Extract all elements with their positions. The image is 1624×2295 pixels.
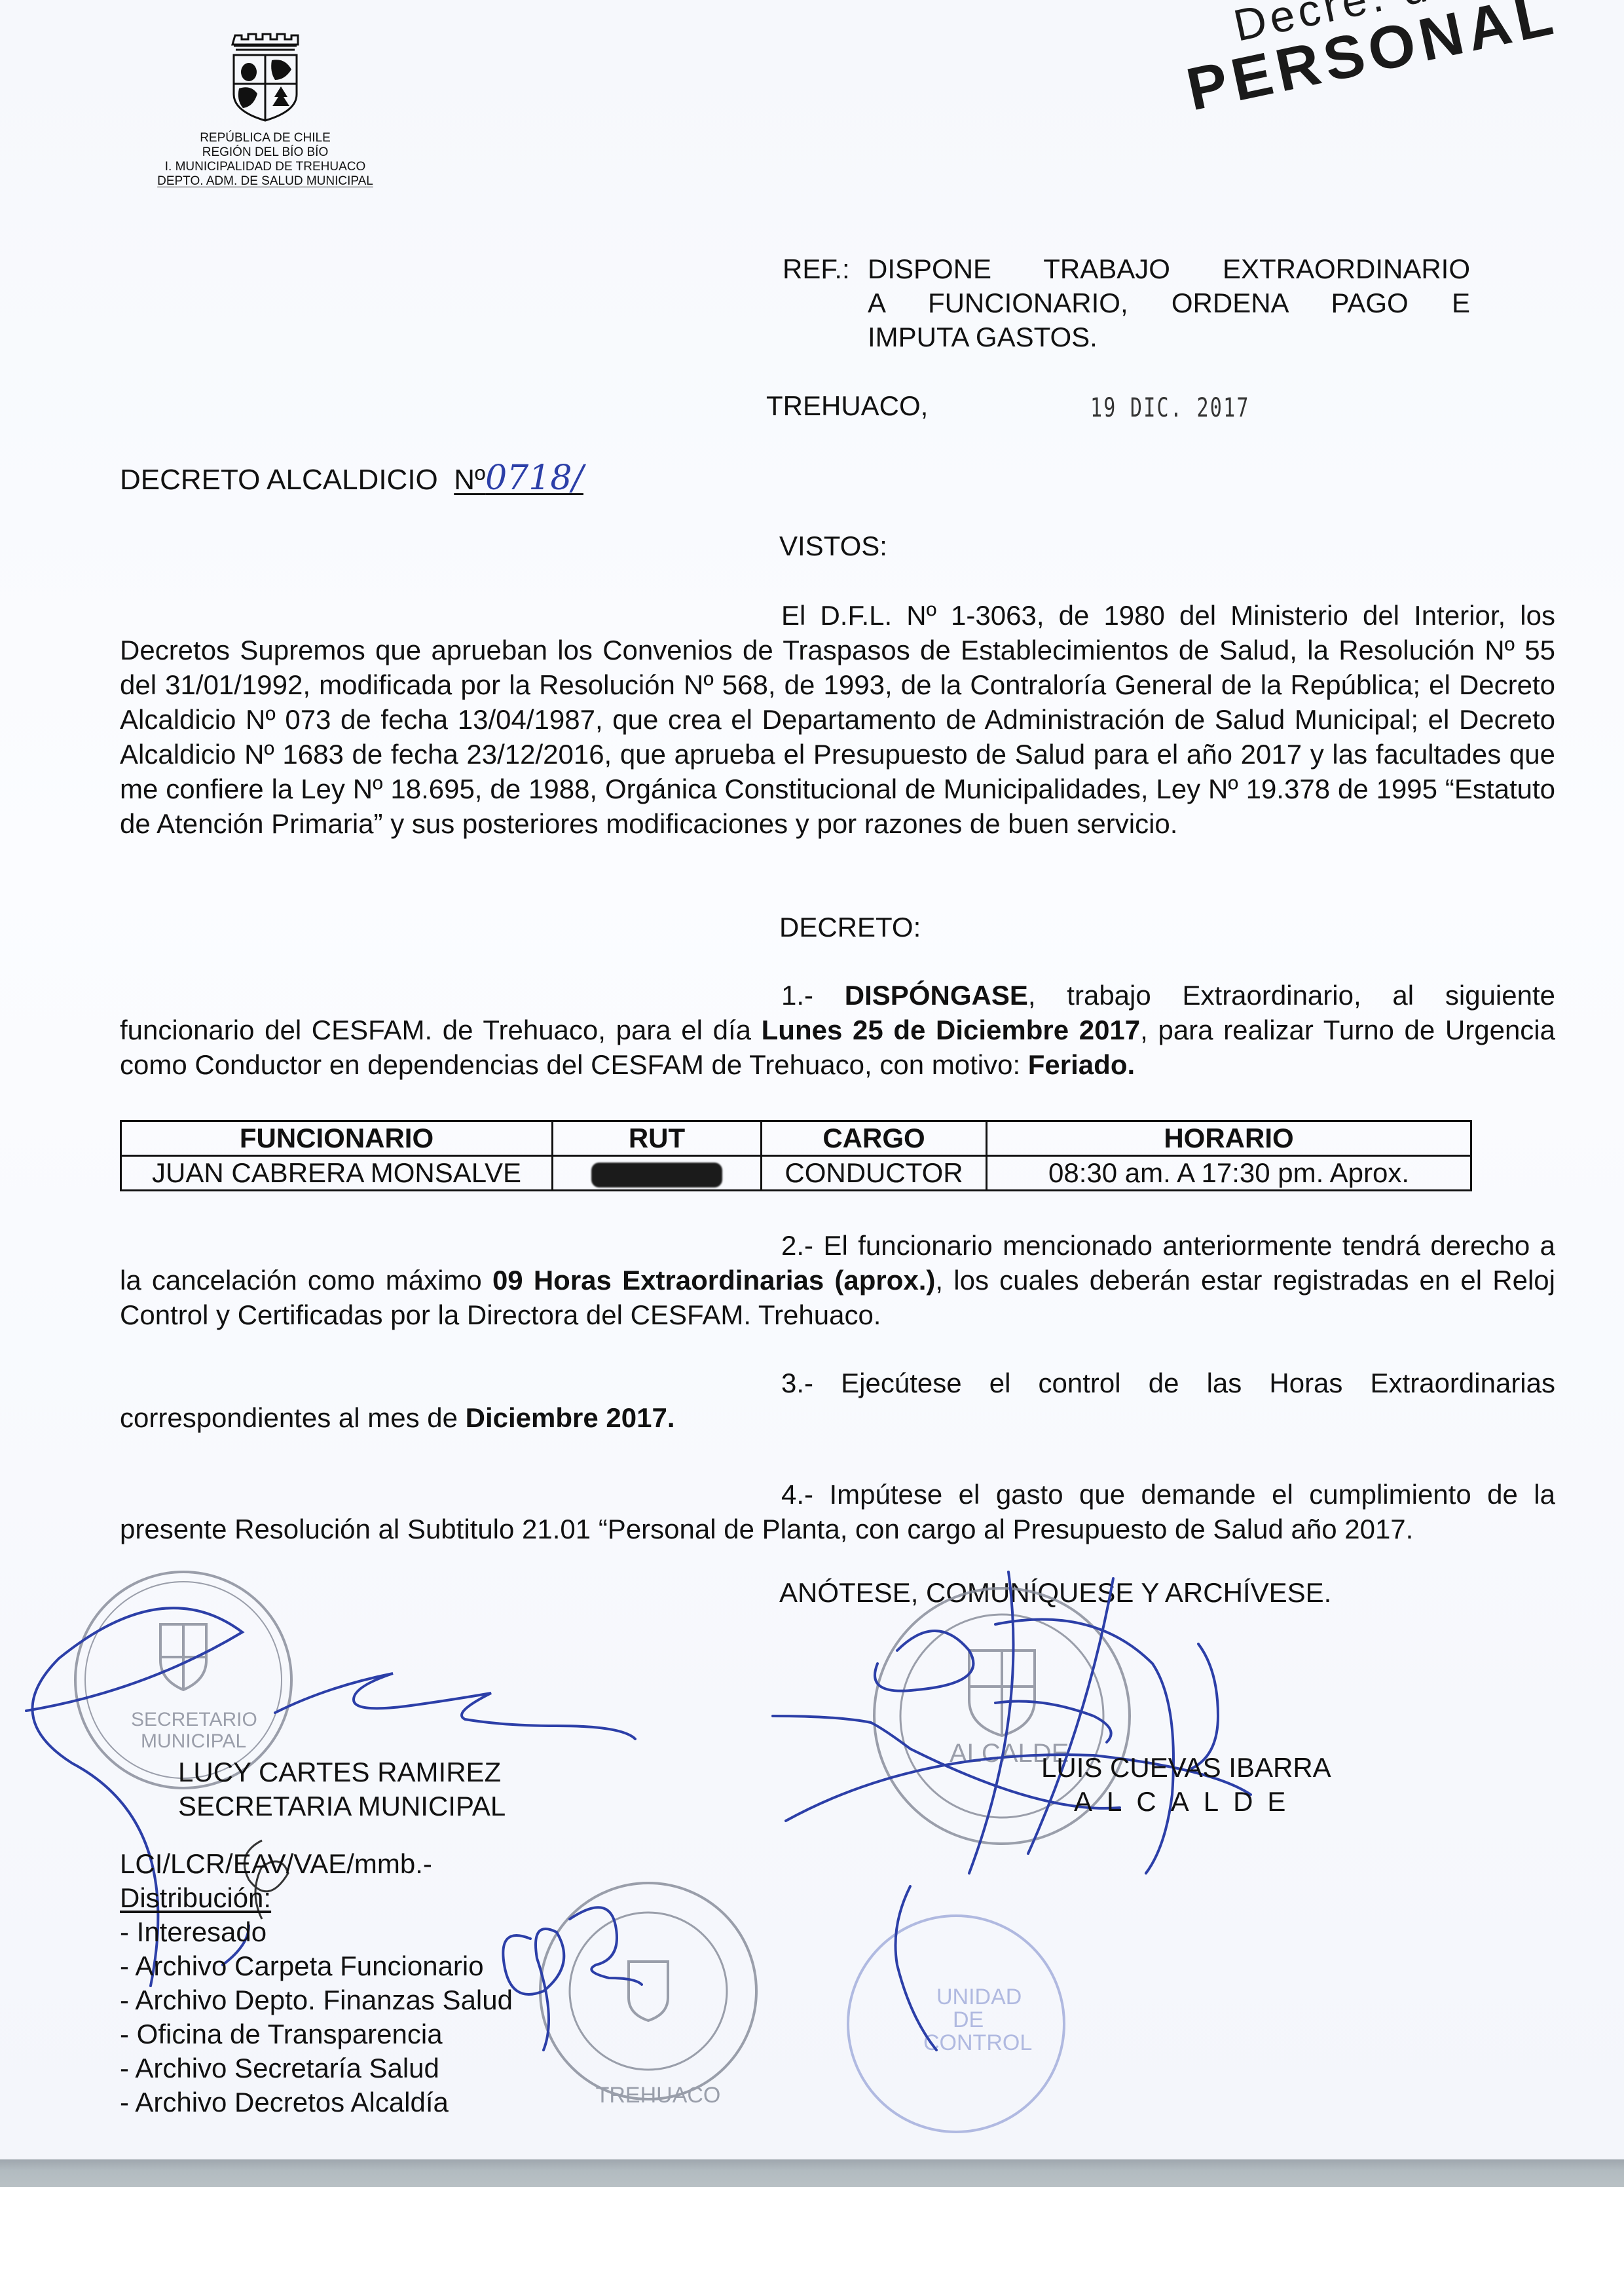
distribution-block: LCI/LCR/EAV/VAE/mmb.- Distribución: - In…: [120, 1847, 513, 2119]
closing-formula: ANÓTESE, COMUNÍQUESE Y ARCHÍVESE.: [779, 1577, 1331, 1609]
list-item: - Interesado: [120, 1915, 513, 1949]
col-funcionario: FUNCIONARIO: [121, 1121, 553, 1156]
decree-item-2: 2.- El funcionario mencionado anteriorme…: [120, 1228, 1555, 1332]
list-item: - Archivo Decretos Alcaldía: [120, 2085, 513, 2119]
decreto-title: DECRETO:: [779, 912, 921, 943]
list-item: - Archivo Carpeta Funcionario: [120, 1949, 513, 1983]
decree-item-4: 4.- Impútese el gasto que demande el cum…: [120, 1477, 1555, 1546]
scanner-edge: [0, 2159, 1624, 2187]
decree-title: DECRETO ALCALDICIO: [120, 464, 438, 496]
col-rut: RUT: [553, 1121, 762, 1156]
table-header-row: FUNCIONARIO RUT CARGO HORARIO: [121, 1121, 1471, 1156]
table-row: JUAN CABRERA MONSALVE CONDUCTOR 08:30 am…: [121, 1156, 1471, 1191]
organization-header: REPÚBLICA DE CHILE REGIÓN DEL BÍO BÍO I.…: [134, 131, 396, 189]
initials: LCI/LCR/EAV/VAE/mmb.-: [120, 1847, 513, 1881]
date-stamp: 19 DIC. 2017: [1090, 393, 1250, 423]
secretary-name: LUCY CARTES RAMIREZ: [178, 1755, 506, 1789]
redaction-bar: [591, 1163, 722, 1187]
vistos-paragraph: El D.F.L. Nº 1-3063, de 1980 del Ministe…: [120, 598, 1555, 841]
decree-item-3: 3.- Ejecútese el control de las Horas Ex…: [120, 1366, 1555, 1435]
ref-line: IMPUTA GASTOS.: [868, 320, 1470, 354]
col-cargo: CARGO: [762, 1121, 987, 1156]
org-line-region: REGIÓN DEL BÍO BÍO: [134, 145, 396, 160]
org-line-country: REPÚBLICA DE CHILE: [134, 131, 396, 145]
org-line-municipality: I. MUNICIPALIDAD DE TREHUACO: [134, 160, 396, 174]
cell-funcionario: JUAN CABRERA MONSALVE: [121, 1156, 553, 1191]
cell-cargo: CONDUCTOR: [762, 1156, 987, 1191]
handwritten-decree-number: 0718/: [485, 458, 583, 498]
ref-label: REF.:: [783, 252, 850, 286]
mayor-name: LUIS CUEVAS IBARRA: [1041, 1751, 1331, 1785]
distribution-title: Distribución:: [120, 1881, 513, 1915]
place: TREHUACO,: [766, 390, 928, 422]
secretary-signature-block: LUCY CARTES RAMIREZ SECRETARIA MUNICIPAL: [178, 1755, 506, 1823]
list-item: - Archivo Secretaría Salud: [120, 2051, 513, 2085]
ref-line: A FUNCIONARIO, ORDENA PAGO E: [868, 286, 1470, 320]
cell-rut: [553, 1156, 762, 1191]
decree-item-1: 1.- DISPÓNGASE, trabajo Extraordinario, …: [120, 978, 1555, 1082]
number-label: Nº: [454, 464, 485, 496]
vistos-title: VISTOS:: [779, 531, 887, 562]
staff-table: FUNCIONARIO RUT CARGO HORARIO JUAN CABRE…: [120, 1120, 1472, 1191]
col-horario: HORARIO: [987, 1121, 1471, 1156]
list-item: - Oficina de Transparencia: [120, 2017, 513, 2051]
decree-number-line: DECRETO ALCALDICIO Nº0718/: [120, 458, 583, 498]
ref-line: DISPONE TRABAJO EXTRAORDINARIO: [868, 252, 1470, 286]
org-line-department: DEPTO. ADM. DE SALUD MUNICIPAL: [134, 174, 396, 189]
cell-horario: 08:30 am. A 17:30 pm. Aprox.: [987, 1156, 1471, 1191]
mayor-signature-block: LUIS CUEVAS IBARRA ALCALDE: [1041, 1751, 1331, 1819]
municipal-coat-of-arms-icon: [219, 26, 311, 124]
list-item: - Archivo Depto. Finanzas Salud: [120, 1983, 513, 2017]
secretary-title: SECRETARIA MUNICIPAL: [178, 1789, 506, 1823]
mayor-title: ALCALDE: [1074, 1785, 1331, 1819]
